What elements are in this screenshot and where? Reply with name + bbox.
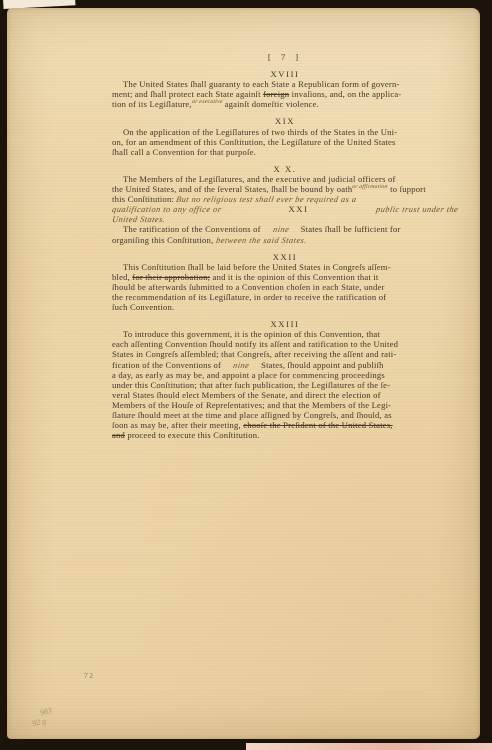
- printed-text: The ratification of the Conventions of: [123, 224, 261, 234]
- strikethrough-text: for their approbation;: [132, 272, 210, 282]
- printed-text: againſt domeſtic violence.: [222, 99, 319, 109]
- document-line: the United States, and of the ſeveral St…: [112, 184, 458, 194]
- document-line: ment; and ſhall protect each State again…: [112, 89, 458, 99]
- printed-text-block: [ 7 ] XVIII The United States ſhall guar…: [112, 52, 458, 440]
- document-line: this Conſtitution: But no religious test…: [112, 194, 458, 204]
- section-heading-xx: X X.: [112, 164, 458, 174]
- document-line: tion of its Legiſlature,or executive aga…: [112, 99, 458, 109]
- printed-text: States, ſhould appoint and publiſh: [261, 360, 384, 370]
- section-heading-xxi: XXI: [289, 204, 309, 214]
- section-heading-xix: XIX: [112, 116, 458, 126]
- handwritten-insertion: nine: [232, 361, 250, 371]
- document-line: States in Congreſs aſſembled; that Congr…: [112, 349, 458, 359]
- document-line: a day, as early as may be, and appoint a…: [112, 370, 458, 380]
- page-folio: [ 7 ]: [112, 52, 458, 62]
- document-line: ſoon as may be, after their meeting, cho…: [112, 420, 458, 430]
- handwritten-insertion: or executive: [191, 97, 223, 107]
- printed-text: and it is the opinion of this Convention…: [210, 272, 378, 282]
- printed-text: to ſupport: [388, 184, 426, 194]
- pencil-note: 983 92 g: [29, 706, 54, 728]
- document-line: To introduce this government, it is the …: [112, 329, 458, 339]
- handwritten-insertion: nine: [272, 225, 290, 235]
- printed-text: States ſhall be ſufficient for: [301, 224, 401, 234]
- printed-text: bled,: [112, 272, 132, 282]
- document-line: On the application of the Legiſlatures o…: [112, 127, 458, 137]
- section-heading-xviii: XVIII: [112, 69, 458, 79]
- document-line: This Conſtitution ſhall be laid before t…: [112, 262, 458, 272]
- document-line: The ratification of the Conventions ofni…: [112, 224, 458, 234]
- printed-text: the United States, and of the ſeveral St…: [112, 184, 352, 194]
- document-line: bled, for their approbation; and it is t…: [112, 272, 458, 282]
- document-line: ſlature ſhould meet at the time and plac…: [112, 410, 458, 420]
- printed-text: tion of its Legiſlature,: [112, 99, 192, 109]
- printed-text: this Conſtitution:: [112, 194, 174, 204]
- document-page: [ 7 ] XVIII The United States ſhall guar…: [7, 8, 480, 739]
- document-line: United States.: [112, 214, 458, 224]
- document-scan: [ 7 ] XVIII The United States ſhall guar…: [0, 0, 492, 750]
- handwritten-note: But no religious test shall ever be requ…: [176, 195, 358, 205]
- document-line: qualification to any office orXXIpublic …: [112, 204, 458, 214]
- backing-sheet-bottom-edge: [246, 743, 492, 750]
- printed-text: proceed to execute this Conſtitution.: [125, 430, 260, 440]
- handwritten-note: public trust under the: [375, 205, 459, 215]
- strikethrough-text: chooſe the Preſident of the United State…: [243, 420, 392, 430]
- document-line: ſhall call a Convention for that purpoſe…: [112, 147, 458, 157]
- document-line: Members of the Houſe of Repreſentatives;…: [112, 400, 458, 410]
- printed-text: ſoon as may be, after their meeting,: [112, 420, 243, 430]
- document-line: each aſſenting Convention ſhould notify …: [112, 339, 458, 349]
- handwritten-insertion: or affirmation: [352, 182, 389, 192]
- handwritten-note: qualification to any office or: [111, 205, 222, 215]
- document-line: The Members of the Legiſlatures, and the…: [112, 174, 458, 184]
- strikethrough-text: foreign: [263, 89, 289, 99]
- document-line: veral States ſhould elect Members of the…: [112, 390, 458, 400]
- printed-text: organiſing this Conſtitution,: [112, 235, 213, 245]
- document-line: on, for an amendment of this Conſtitutio…: [112, 137, 458, 147]
- printed-text: invaſions, and, on the applica-: [289, 89, 401, 99]
- document-line: under this Conſtitution; that after ſuch…: [112, 380, 458, 390]
- document-line: ſuch Convention.: [112, 302, 458, 312]
- document-line: fication of the Conventions ofnineStates…: [112, 360, 458, 370]
- section-heading-xxiii: XXIII: [112, 319, 458, 329]
- handwritten-note: between the said States.: [215, 236, 307, 246]
- document-line: The United States ſhall guaranty to each…: [112, 79, 458, 89]
- document-line: and proceed to execute this Conſtitution…: [112, 430, 458, 440]
- document-line: ſhould be afterwards ſubmitted to a Conv…: [112, 282, 458, 292]
- section-heading-xxii: XXII: [112, 252, 458, 262]
- printed-page-number: 72: [84, 671, 95, 680]
- handwritten-note: United States.: [111, 215, 166, 225]
- printed-text: fication of the Conventions of: [112, 360, 221, 370]
- document-line: the recommendation of its Legiſlature, i…: [112, 292, 458, 302]
- strikethrough-text: and: [112, 430, 125, 440]
- document-line: organiſing this Conſtitution, between th…: [112, 235, 458, 245]
- printed-text: ment; and ſhall protect each State again…: [112, 89, 263, 99]
